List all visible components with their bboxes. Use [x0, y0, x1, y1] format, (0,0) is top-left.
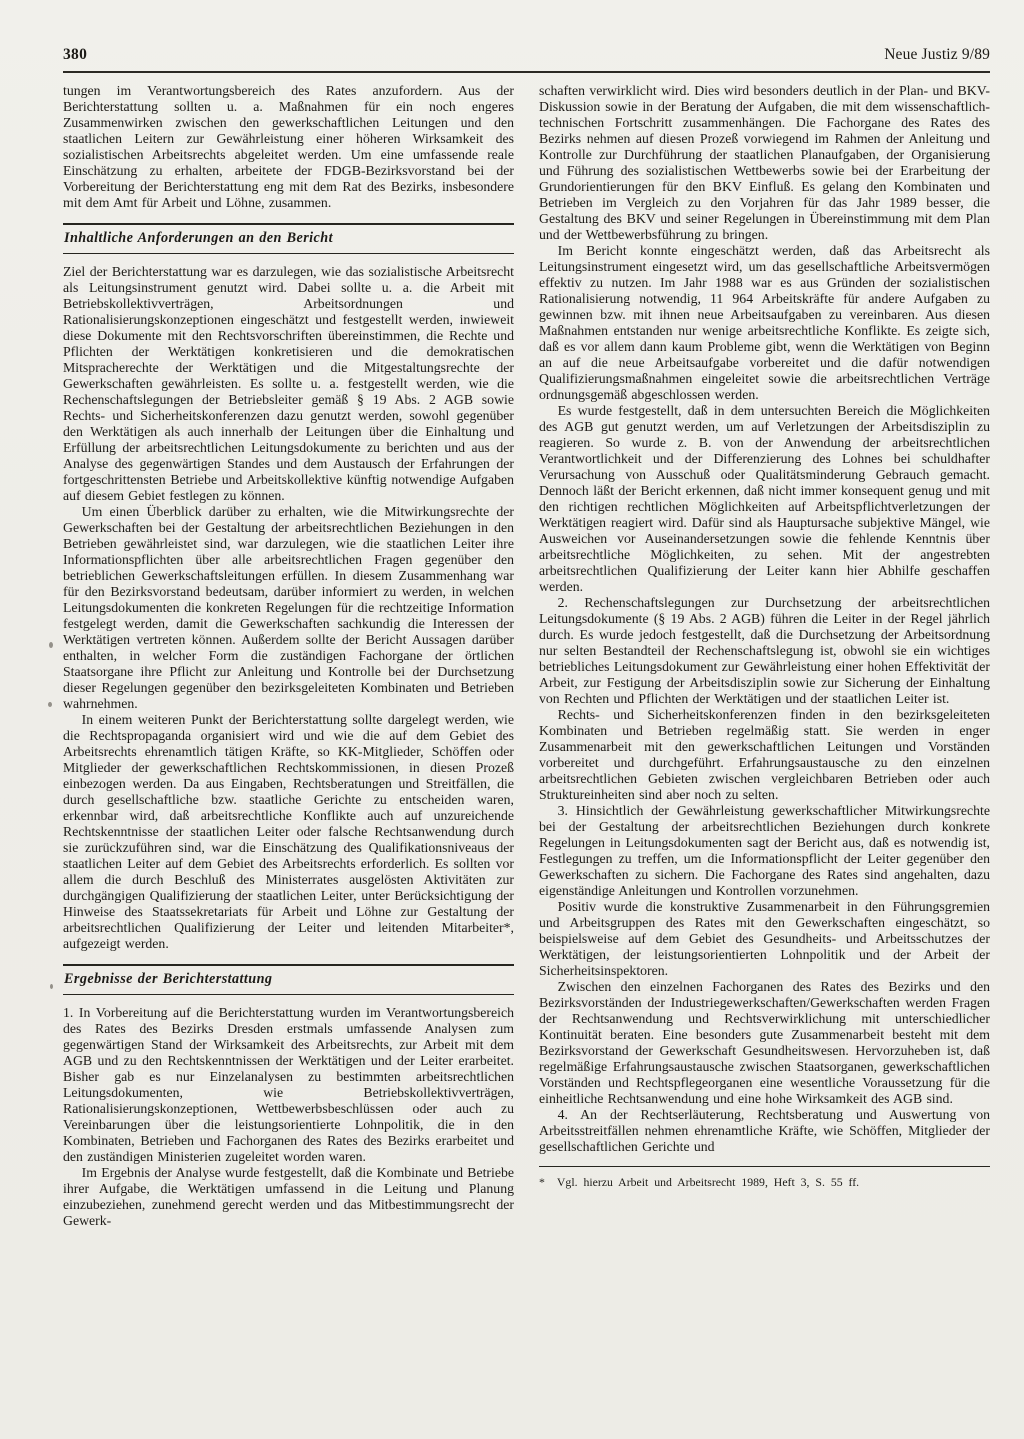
page-number: 380	[63, 46, 87, 64]
footnote: *Vgl. hierzu Arbeit und Arbeitsrecht 198…	[539, 1166, 990, 1189]
paragraph-numbered-3: 3. Hinsichtlich der Gewährleistung gewer…	[539, 803, 990, 899]
right-column: schaften verwirklicht wird. Dies wird be…	[539, 83, 990, 1229]
journal-title: Neue Justiz 9/89	[884, 46, 990, 64]
left-column: tungen im Verantwortungsbereich des Rate…	[63, 83, 514, 1229]
paragraph: Um einen Überblick darüber zu erhalten, …	[63, 504, 514, 712]
paragraph-numbered-1: 1. In Vorbereitung auf die Berichterstat…	[63, 1005, 514, 1165]
paragraph-numbered-4: 4. An der Rechtserläuterung, Rechtsberat…	[539, 1107, 990, 1155]
paragraph: Im Ergebnis der Analyse wurde festgestel…	[63, 1165, 514, 1229]
paragraph: In einem weiteren Punkt der Berichtersta…	[63, 712, 514, 952]
paragraph-continuation: tungen im Verantwortungsbereich des Rate…	[63, 83, 514, 211]
section-heading-ergebnisse: Ergebnisse der Berichterstattung	[63, 964, 514, 995]
paragraph: Es wurde festgestellt, daß in dem unters…	[539, 403, 990, 595]
paragraph: Zwischen den einzelnen Fachorganen des R…	[539, 979, 990, 1107]
scan-speck	[49, 642, 53, 648]
paragraph: Ziel der Berichterstattung war es darzul…	[63, 264, 514, 504]
paragraph: Rechts- und Sicherheitskonferenzen finde…	[539, 707, 990, 803]
paragraph: Im Bericht konnte eingeschätzt werden, d…	[539, 243, 990, 403]
paragraph-continuation: schaften verwirklicht wird. Dies wird be…	[539, 83, 990, 243]
article-body: tungen im Verantwortungsbereich des Rate…	[63, 83, 990, 1229]
scan-speck	[48, 702, 52, 707]
footnote-text: Vgl. hierzu Arbeit und Arbeitsrecht 1989…	[557, 1175, 859, 1189]
paragraph: Positiv wurde die konstruktive Zusammena…	[539, 899, 990, 979]
header-rule	[63, 71, 990, 73]
page-header: 380 Neue Justiz 9/89	[63, 46, 990, 64]
journal-page: 380 Neue Justiz 9/89 tungen im Verantwor…	[0, 0, 1024, 1439]
footnote-marker: *	[539, 1175, 545, 1189]
section-heading-inhaltliche-anforderungen: Inhaltliche Anforderungen an den Bericht	[63, 223, 514, 254]
paragraph-numbered-2: 2. Rechenschaftslegungen zur Durchsetzun…	[539, 595, 990, 707]
scan-speck	[50, 984, 53, 989]
